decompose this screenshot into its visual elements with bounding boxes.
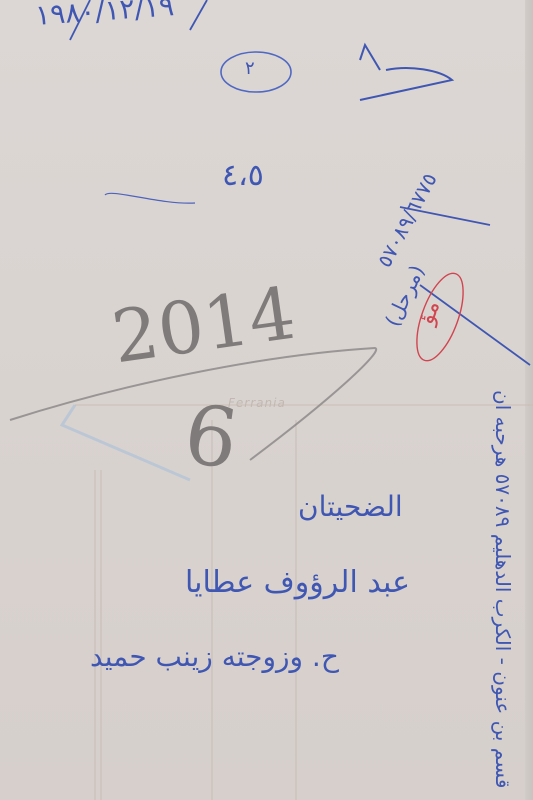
body-line-3: ح. وزوجته زينب حميد xyxy=(90,640,339,673)
photo-back-paper: ١٩٨٠/١٢/١٩ ٢ ح ٤،٥ 2014 6 Ferrania ٥٧٠٨٩… xyxy=(0,0,533,800)
body-line-2: عبد الرؤوف عطايا xyxy=(185,565,410,600)
number-note: ٤،٥ xyxy=(222,158,264,193)
body-line-1: الضحيتان xyxy=(298,490,403,523)
ferrania-watermark: Ferrania xyxy=(228,396,286,410)
circled-number: ٢ xyxy=(245,58,255,79)
margin-note: قسم بن عنون - الكرب الدهليم ٥٧٠٨٩ هرحبه … xyxy=(491,390,515,788)
